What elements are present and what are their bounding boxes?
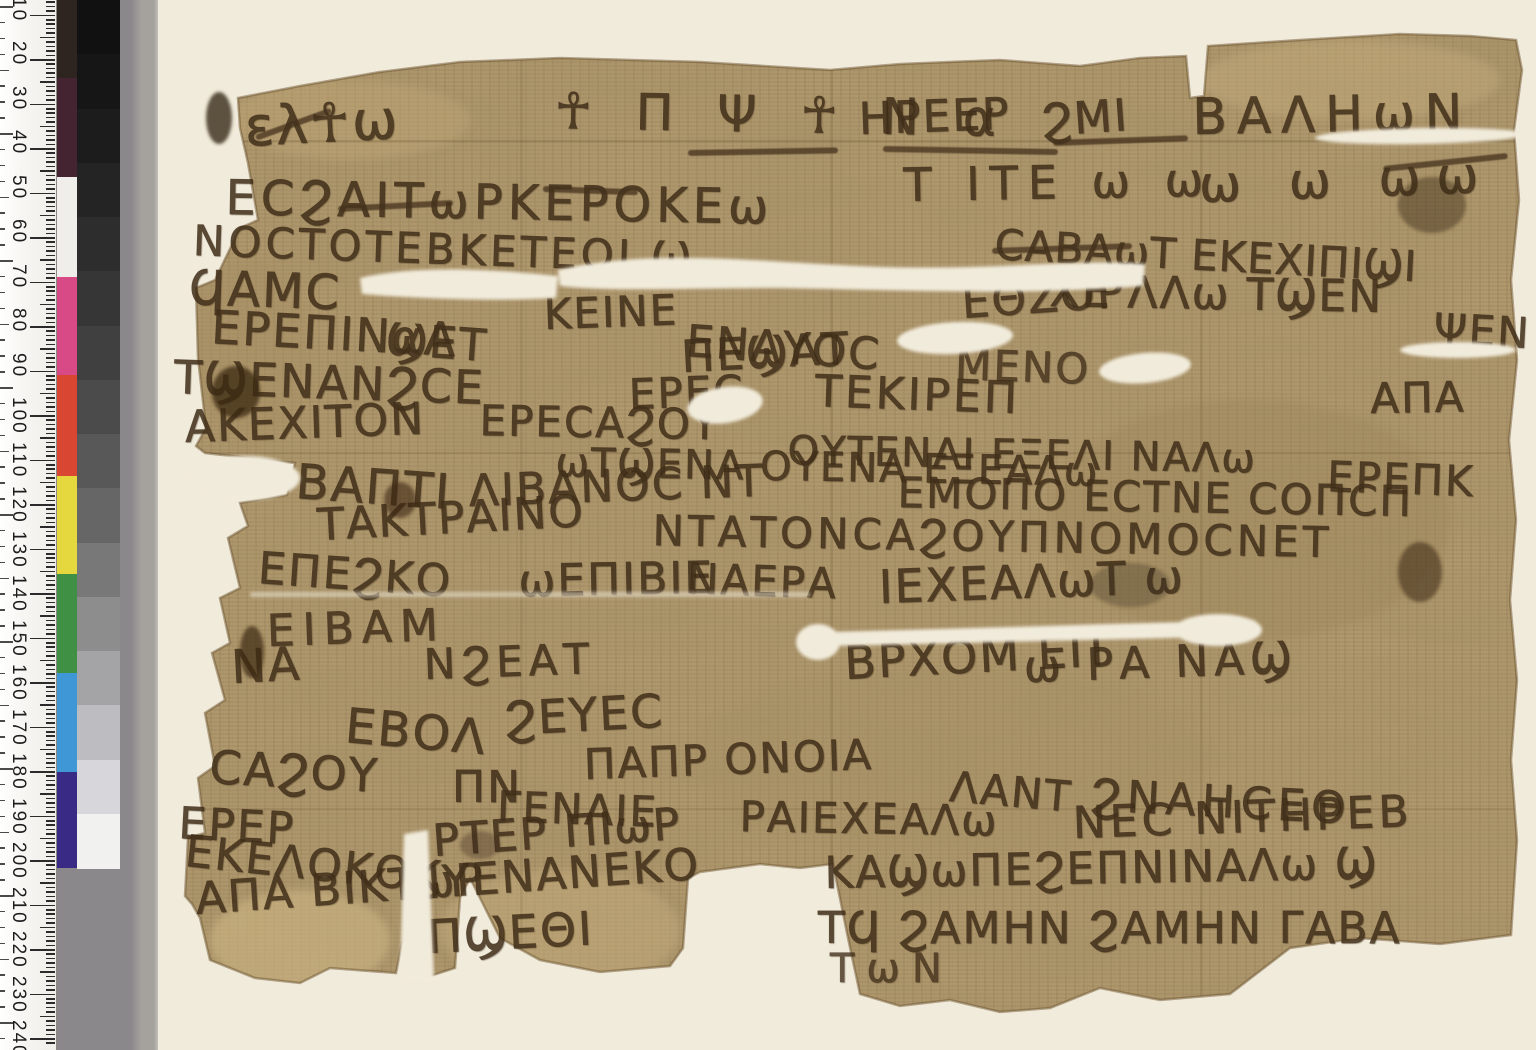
papyrus-text-line: ΡΑΙΕΧΕΑΛω <box>739 792 999 846</box>
papyrus-text-line: ΧΕ ΛΛω ΤϢΕΝ <box>1049 266 1383 323</box>
papyrus-text-line: ελ☥ω <box>243 88 401 159</box>
papyrus-text-line: ΒΑΛΗωΝ <box>1192 83 1473 146</box>
papyrus-text-line: ϨΕΥΕϹ <box>503 684 666 746</box>
papyrus-text-line: ΕΠΕϨΚΟ <box>256 543 453 607</box>
papyrus-text-line: ω ω ωω <box>1198 146 1495 214</box>
manuscript-scan: 1020304050607080901001101201301401501601… <box>0 0 1536 1050</box>
papyrus-text-line: ΠϢΕΘΙ <box>426 901 595 964</box>
papyrus-ink-stroke <box>883 146 1058 155</box>
papyrus-text-line: ΚΑϢωΠΕϨΕΠΝΙΝΑΛω Ϣ <box>824 838 1379 899</box>
papyrus-text-line: ΝΑ <box>230 636 303 694</box>
papyrus-text-line: ϹΑϨΟΥ <box>208 740 380 803</box>
papyrus-text-line: ΙΕΧΕΑΛωΤ ω <box>878 549 1186 614</box>
papyrus-text-line: ΗΡΕΕΡ <box>858 89 1011 145</box>
papyrus-text-layer: ελ☥ω☥ Π Ψ ☥ Ν αΗΡΕΕΡϨΜΙΒΑΛΗωΝΕϹϨΑΙΤωΡΚΕΡ… <box>0 0 1536 1050</box>
papyrus-text-line: ΨΕΝ <box>1432 304 1531 358</box>
papyrus-ink-stroke <box>688 147 838 156</box>
papyrus-text-line: ΚΕΙΝΕ <box>543 285 679 339</box>
papyrus-text-line: Τ ΙΤΕ ω ω <box>903 153 1214 212</box>
papyrus-text-line: ΤΕΚΙΡΕΠ <box>814 366 1021 424</box>
papyrus-text-line: ΝΑΕΡΑ <box>686 554 838 608</box>
papyrus-text-line: ΑΠΑ <box>1370 372 1466 423</box>
papyrus-text-line: ΑΚΕΧΙΤΟΝ <box>184 394 426 453</box>
papyrus-text-line: ΠΑΠΡ ΟΝΟΙΑ <box>583 730 874 789</box>
papyrus-text-line: ΝϨΕΑΤ <box>423 634 596 689</box>
papyrus-text-line: ΤωΝ <box>830 946 954 992</box>
papyrus-text-line: ωΕΠΙΒΙΕ <box>518 553 715 607</box>
papyrus-text-line: ω ΡΑ ΝΑϢ <box>1023 632 1298 693</box>
